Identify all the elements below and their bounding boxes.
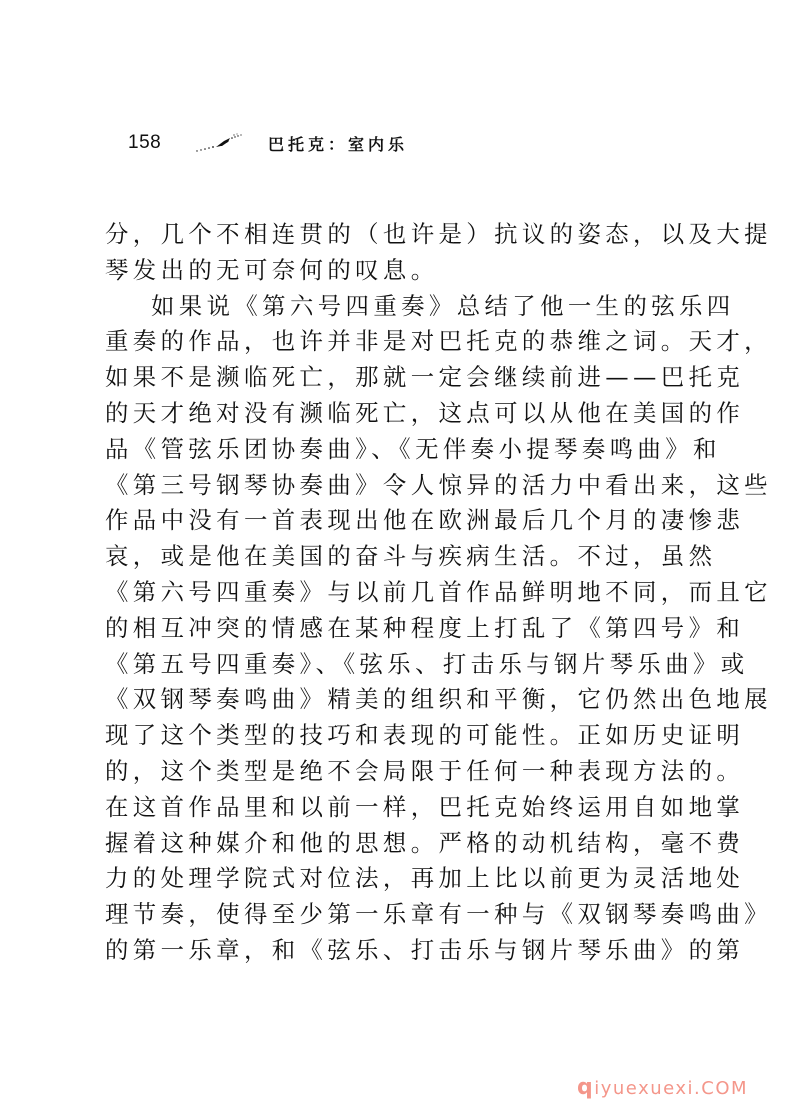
- text-line: 理节奏，使得至少第一乐章有一种与《双钢琴奏鸣曲》: [105, 897, 665, 933]
- text-line: 的天才绝对没有濒临死亡，这点可以从他在美国的作: [105, 396, 665, 432]
- text-line: 如果说《第六号四重奏》总结了他一生的弦乐四: [105, 289, 665, 325]
- text-line: 琴发出的无可奈何的叹息。: [105, 253, 665, 289]
- watermark-text: iyuexuexi.COM: [594, 1078, 748, 1099]
- text-line: 分，几个不相连贯的（也许是）抗议的姿态，以及大提: [105, 217, 665, 253]
- text-line: 哀，或是他在美国的奋斗与疾病生活。不过，虽然: [105, 539, 665, 575]
- text-line: 的相互冲突的情感在某种程度上打乱了《第四号》和: [105, 611, 665, 647]
- text-line: 如果不是濒临死亡，那就一定会继续前进——巴托克: [105, 360, 665, 396]
- text-line: 作品中没有一首表现出他在欧洲最后几个月的凄惨悲: [105, 503, 665, 539]
- text-line: 《第六号四重奏》与以前几首作品鲜明地不同，而且它: [105, 575, 665, 611]
- text-line: 品《管弦乐团协奏曲》、《无伴奏小提琴奏鸣曲》和: [105, 432, 665, 468]
- page-number: 158: [128, 132, 194, 154]
- text-line: 握着这种媒介和他的思想。严格的动机结构，毫不费: [105, 826, 665, 862]
- watermark-logo-letter: q: [577, 1075, 594, 1100]
- text-line: 现了这个类型的技巧和表现的可能性。正如历史证明: [105, 718, 665, 754]
- quill-icon: [194, 132, 246, 154]
- body-text: 分，几个不相连贯的（也许是）抗议的姿态，以及大提 琴发出的无可奈何的叹息。 如果…: [105, 217, 665, 969]
- text-line: 《第三号钢琴协奏曲》令人惊异的活力中看出来，这些: [105, 468, 665, 504]
- text-line: 力的处理学院式对位法，再加上比以前更为灵活地处: [105, 861, 665, 897]
- page-header: 158 巴托克：室内乐: [128, 128, 408, 158]
- text-line: 在这首作品里和以前一样，巴托克始终运用自如地掌: [105, 790, 665, 826]
- text-line: 《双钢琴奏鸣曲》精美的组织和平衡，它仍然出色地展: [105, 682, 665, 718]
- text-line: 重奏的作品，也许并非是对巴托克的恭维之词。天才，: [105, 324, 665, 360]
- paragraph: 分，几个不相连贯的（也许是）抗议的姿态，以及大提 琴发出的无可奈何的叹息。: [105, 217, 665, 289]
- text-line: 的第一乐章，和《弦乐、打击乐与钢片琴乐曲》的第: [105, 933, 665, 969]
- paragraph: 如果说《第六号四重奏》总结了他一生的弦乐四 重奏的作品，也许并非是对巴托克的恭维…: [105, 289, 665, 969]
- text-line: 《第五号四重奏》、《弦乐、打击乐与钢片琴乐曲》或: [105, 647, 665, 683]
- running-title: 巴托克：室内乐: [268, 132, 408, 155]
- text-line: 的，这个类型是绝不会局限于任何一种表现方法的。: [105, 754, 665, 790]
- watermark: qiyuexuexi.COM: [577, 1075, 748, 1100]
